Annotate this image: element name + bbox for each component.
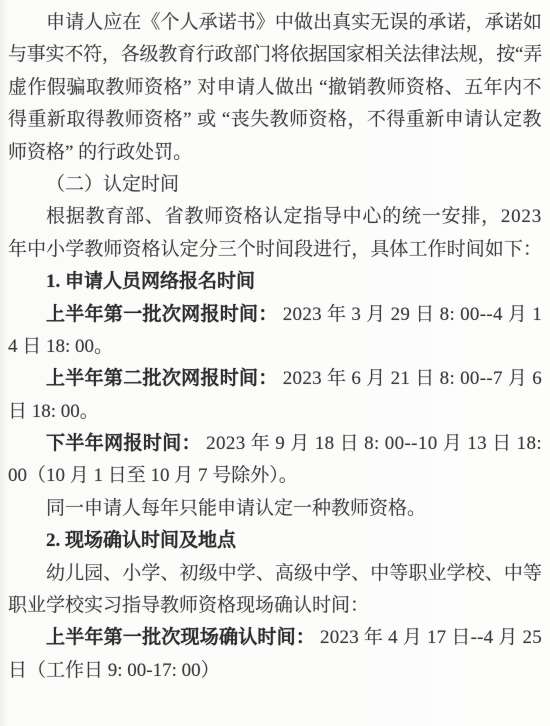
text-line: 幼儿园、小学、初级中学、高级中学、中等职业学校、中等 [8, 558, 542, 590]
text-line-content: 上半年第二批次网报时间： 2023 年 6 月 21 日 8: 00--7 月 … [46, 368, 542, 389]
text-line-content: 2. 现场确认时间及地点 [46, 530, 236, 551]
text-line-content: 与事实不符，各级教育行政部门将依据国家相关法律法规，按“弄 [8, 44, 542, 65]
text-line-content: 上半年第一批次现场确认时间： 2023 年 4 月 17 日--4 月 25 [46, 627, 542, 648]
bold-text-segment: 上半年第二批次网报时间： [46, 368, 278, 389]
text-segment: 2023 年 3 月 29 日 8: 00--4 月 1 [278, 304, 542, 325]
text-line-content: 4 日 18: 00。 [8, 336, 113, 357]
document-page: 申请人应在《个人承诺书》中做出真实无误的承诺，承诺如与事实不符，各级教育行政部门… [0, 0, 550, 726]
text-line: 上半年第二批次网报时间： 2023 年 6 月 21 日 8: 00--7 月 … [8, 363, 542, 395]
text-line-content: 职业学校实习指导教师资格现场确认时间： [8, 595, 369, 616]
text-line: 年中小学教师资格认定分三个时间段进行，具体工作时间如下： [8, 234, 542, 266]
bold-text-segment: 1. 申请人员网络报名时间 [46, 271, 255, 292]
text-segment: 2023 年 9 月 18 日 8: 00--10 月 13 日 18: [201, 433, 542, 454]
text-line-content: 虚作假骗取教师资格” 对申请人做出 “撤销教师资格、五年内不 [8, 77, 542, 98]
text-line: 上半年第一批次现场确认时间： 2023 年 4 月 17 日--4 月 25 [8, 622, 542, 654]
text-line: 根据教育部、省教师资格认定指导中心的统一安排，2023 [8, 201, 542, 233]
text-segment: 日（工作日 9: 00-17: 00） [8, 660, 220, 681]
text-line: 得重新取得教师资格” 或 “丧失教师资格，不得重新申请认定教 [8, 104, 542, 136]
text-line-content: 下半年网报时间： 2023 年 9 月 18 日 8: 00--10 月 13 … [46, 433, 542, 454]
text-line-content: 得重新取得教师资格” 或 “丧失教师资格，不得重新申请认定教 [8, 109, 542, 130]
text-segment: 师资格” 的行政处罚。 [8, 142, 192, 163]
text-line: 同一申请人每年只能申请认定一种教师资格。 [8, 493, 542, 525]
bold-text-segment: 上半年第一批次网报时间： [46, 304, 278, 325]
text-line: 申请人应在《个人承诺书》中做出真实无误的承诺，承诺如 [8, 7, 542, 39]
text-line: 1. 申请人员网络报名时间 [8, 266, 542, 298]
text-segment: 2023 年 6 月 21 日 8: 00--7 月 6 [278, 368, 542, 389]
text-line: （二）认定时间 [8, 169, 542, 201]
text-segment: 4 日 18: 00。 [8, 336, 113, 357]
text-line-content: 日（工作日 9: 00-17: 00） [8, 660, 220, 681]
bold-text-segment: 上半年第一批次现场确认时间： [46, 627, 315, 648]
text-segment: 00（10 月 1 日至 10 月 7 号除外）。 [8, 465, 298, 486]
text-line-content: 1. 申请人员网络报名时间 [46, 271, 255, 292]
bold-text-segment: 下半年网报时间： [46, 433, 201, 454]
text-line-content: 年中小学教师资格认定分三个时间段进行，具体工作时间如下： [8, 239, 542, 260]
text-line-content: （二）认定时间 [46, 174, 179, 195]
text-line: 虚作假骗取教师资格” 对申请人做出 “撤销教师资格、五年内不 [8, 72, 542, 104]
text-segment: 日 18: 00。 [8, 401, 99, 422]
text-line-content: 幼儿园、小学、初级中学、高级中学、中等职业学校、中等 [46, 563, 542, 584]
text-line: 4 日 18: 00。 [8, 331, 542, 363]
text-line: 上半年第一批次网报时间： 2023 年 3 月 29 日 8: 00--4 月 … [8, 299, 542, 331]
text-segment: 虚作假骗取教师资格” 对申请人做出 “撤销教师资格、五年内不 [8, 77, 542, 98]
text-line: 职业学校实习指导教师资格现场确认时间： [8, 590, 542, 622]
text-segment: 申请人应在《个人承诺书》中做出真实无误的承诺，承诺如 [46, 12, 542, 33]
text-line: 与事实不符，各级教育行政部门将依据国家相关法律法规，按“弄 [8, 39, 542, 71]
text-segment: 根据教育部、省教师资格认定指导中心的统一安排，2023 [46, 206, 542, 227]
text-segment: 2023 年 4 月 17 日--4 月 25 [315, 627, 542, 648]
text-line: 师资格” 的行政处罚。 [8, 137, 542, 169]
text-line: 日 18: 00。 [8, 396, 542, 428]
text-segment: 幼儿园、小学、初级中学、高级中学、中等职业学校、中等 [46, 563, 542, 584]
text-segment: 得重新取得教师资格” 或 “丧失教师资格，不得重新申请认定教 [8, 109, 542, 130]
text-line: 日（工作日 9: 00-17: 00） [8, 655, 542, 687]
text-line-content: 申请人应在《个人承诺书》中做出真实无误的承诺，承诺如 [46, 12, 542, 33]
text-segment: 同一申请人每年只能申请认定一种教师资格。 [46, 498, 426, 519]
text-line: 2. 现场确认时间及地点 [8, 525, 542, 557]
text-segment: 职业学校实习指导教师资格现场确认时间： [8, 595, 369, 616]
text-line-content: 日 18: 00。 [8, 401, 99, 422]
bold-text-segment: 2. 现场确认时间及地点 [46, 530, 236, 551]
text-line-content: 师资格” 的行政处罚。 [8, 142, 192, 163]
text-line-content: 上半年第一批次网报时间： 2023 年 3 月 29 日 8: 00--4 月 … [46, 304, 542, 325]
text-line: 00（10 月 1 日至 10 月 7 号除外）。 [8, 460, 542, 492]
text-segment: （二）认定时间 [46, 174, 179, 195]
text-segment: 年中小学教师资格认定分三个时间段进行，具体工作时间如下： [8, 239, 542, 260]
text-segment: 与事实不符，各级教育行政部门将依据国家相关法律法规，按“弄 [8, 44, 542, 65]
text-line-content: 00（10 月 1 日至 10 月 7 号除外）。 [8, 465, 298, 486]
text-line-content: 根据教育部、省教师资格认定指导中心的统一安排，2023 [46, 206, 542, 227]
text-line-content: 同一申请人每年只能申请认定一种教师资格。 [46, 498, 426, 519]
text-line: 下半年网报时间： 2023 年 9 月 18 日 8: 00--10 月 13 … [8, 428, 542, 460]
